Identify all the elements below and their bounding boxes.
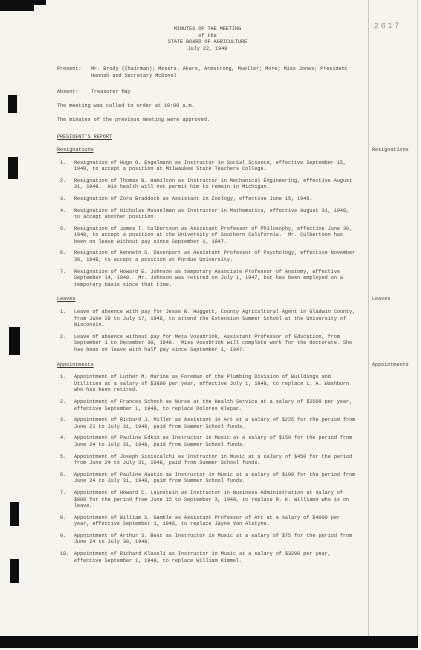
list-item: 5.Resignation of James T. Culbertson as … [57,226,358,246]
present-row: Present: Mr. Brody (Chairman); Messrs. A… [57,66,358,79]
list-item: 4.Resignation of Nicholas Musselman as I… [57,208,358,221]
document-content: MINUTES OF THE MEETING of the STATE BOAR… [57,26,358,572]
item-number: 7. [57,269,74,289]
page-number-stamp: 2617 [374,22,401,31]
list-item: 4.Appointment of Pauline Edkin as Instru… [57,435,358,448]
bottom-scan-bar [0,636,418,648]
list-item: 6.Resignation of Kenneth S. Davenport as… [57,250,358,263]
section-heading: Resignations [57,147,358,154]
binding-hole-mark [8,157,18,179]
list-item: 5.Appointment of Joseph Siniscalchi as I… [57,454,358,467]
header-line-1: MINUTES OF THE MEETING [57,26,358,33]
item-number: 7. [57,490,74,510]
item-number: 1. [57,160,74,173]
item-number: 5. [57,454,74,467]
item-text: Resignation of Zora Braddock as Assistan… [74,196,358,203]
item-number: 3. [57,417,74,430]
item-text: Appointment of Frances Schoch as Nurse a… [74,399,358,412]
item-number: 1. [57,374,74,394]
binding-hole-mark [9,327,20,355]
item-number: 9. [57,533,74,546]
list-item: 1.Appointment of Luther M. Marine as For… [57,374,358,394]
scan-fold-line [368,0,369,636]
list-item: 7.Resignation of Howard E. Johnson as te… [57,269,358,289]
item-number: 2. [57,399,74,412]
item-text: Appointment of Pauline Austin as Instruc… [74,472,358,485]
present-value: Mr. Brody (Chairman); Messrs. Akers, Arm… [91,66,358,79]
binding-hole-mark [10,502,19,526]
item-text: Appointment of Pauline Edkin as Instruct… [74,435,358,448]
header-line-4: July 22, 1948 [57,46,358,53]
list-item: 1.Resignation of Hugo O. Engelmann as In… [57,160,358,173]
item-number: 2. [57,334,74,354]
item-text: Appointment of Arthur S. Best as Instruc… [74,533,358,546]
absent-value: Treasurer May [91,89,358,96]
item-number: 6. [57,250,74,263]
item-number: 1. [57,309,74,329]
item-text: Leave of absence with pay for Jesse B. H… [74,309,358,329]
list-item: 8.Appointment of William S. Gamble as As… [57,515,358,528]
list-item: 2.Resignation of Thomas B. Hamilton as I… [57,178,358,191]
item-number: 6. [57,472,74,485]
binding-hole-mark [8,95,17,113]
present-label: Present: [57,66,91,79]
page-edge-line [417,0,418,636]
list-item: 9.Appointment of Arthur S. Best as Instr… [57,533,358,546]
item-number: 10. [57,551,74,564]
section-resignations: Resignations Resignations 1.Resignation … [57,147,358,289]
item-number: 3. [57,196,74,203]
section-heading: Appointments [57,362,358,369]
section-heading: Leaves [57,296,358,303]
item-number: 4. [57,435,74,448]
header-line-2: of the [57,33,358,40]
margin-note-leaves: Leaves [372,296,390,303]
margin-note-appointments: Appointments [372,362,409,369]
item-text: Appointment of William S. Gamble as Assi… [74,515,358,528]
item-text: Resignation of Thomas B. Hamilton as Ins… [74,178,358,191]
item-text: Appointment of Richard J. Miller as Assi… [74,417,358,430]
item-number: 2. [57,178,74,191]
list-item: 10.Appointment of Richard Klausli as Ins… [57,551,358,564]
item-number: 5. [57,226,74,246]
list-item: 3.Appointment of Richard J. Miller as As… [57,417,358,430]
header-line-3: STATE BOARD OF AGRICULTURE [57,39,358,46]
list-item: 2.Leave of absence without pay for Meta … [57,334,358,354]
item-text: Appointment of Joseph Siniscalchi as Ins… [74,454,358,467]
scan-artifact-top-bar [0,0,46,5]
item-text: Appointment of Richard Klausli as Instru… [74,551,358,564]
list-item: 2.Appointment of Frances Schoch as Nurse… [57,399,358,412]
absent-row: Absent: Treasurer May [57,89,358,96]
item-text: Resignation of Nicholas Musselman as Ins… [74,208,358,221]
list-item: 3.Resignation of Zora Braddock as Assist… [57,196,358,203]
document-header: MINUTES OF THE MEETING of the STATE BOAR… [57,26,358,52]
item-text: Resignation of Howard E. Johnson as temp… [74,269,358,289]
absent-label: Absent: [57,89,91,96]
section-appointments: Appointments Appointments 1.Appointment … [57,362,358,565]
called-to-order-text: The meeting was called to order at 10:00… [57,103,358,110]
scanned-minutes-page: 2617 MINUTES OF THE MEETING of the STATE… [0,0,421,650]
list-item: 6.Appointment of Pauline Austin as Instr… [57,472,358,485]
item-text: Appointment of Howard C. Launstein as In… [74,490,358,510]
margin-note-resignations: Resignations [372,147,409,154]
item-text: Leave of absence without pay for Meta Vo… [74,334,358,354]
minutes-approved-text: The minutes of the previous meeting were… [57,117,358,124]
item-number: 4. [57,208,74,221]
binding-hole-mark [10,559,19,583]
item-text: Appointment of Luther M. Marine as Forem… [74,374,358,394]
list-item: 1.Leave of absence with pay for Jesse B.… [57,309,358,329]
item-text: Resignation of Hugo O. Engelmann as Inst… [74,160,358,173]
item-text: Resignation of Kenneth S. Davenport as A… [74,250,358,263]
section-leaves: Leaves Leaves 1.Leave of absence with pa… [57,296,358,353]
report-heading: PRESIDENT'S REPORT [57,134,358,141]
list-item: 7.Appointment of Howard C. Launstein as … [57,490,358,510]
item-text: Resignation of James T. Culbertson as As… [74,226,358,246]
item-number: 8. [57,515,74,528]
